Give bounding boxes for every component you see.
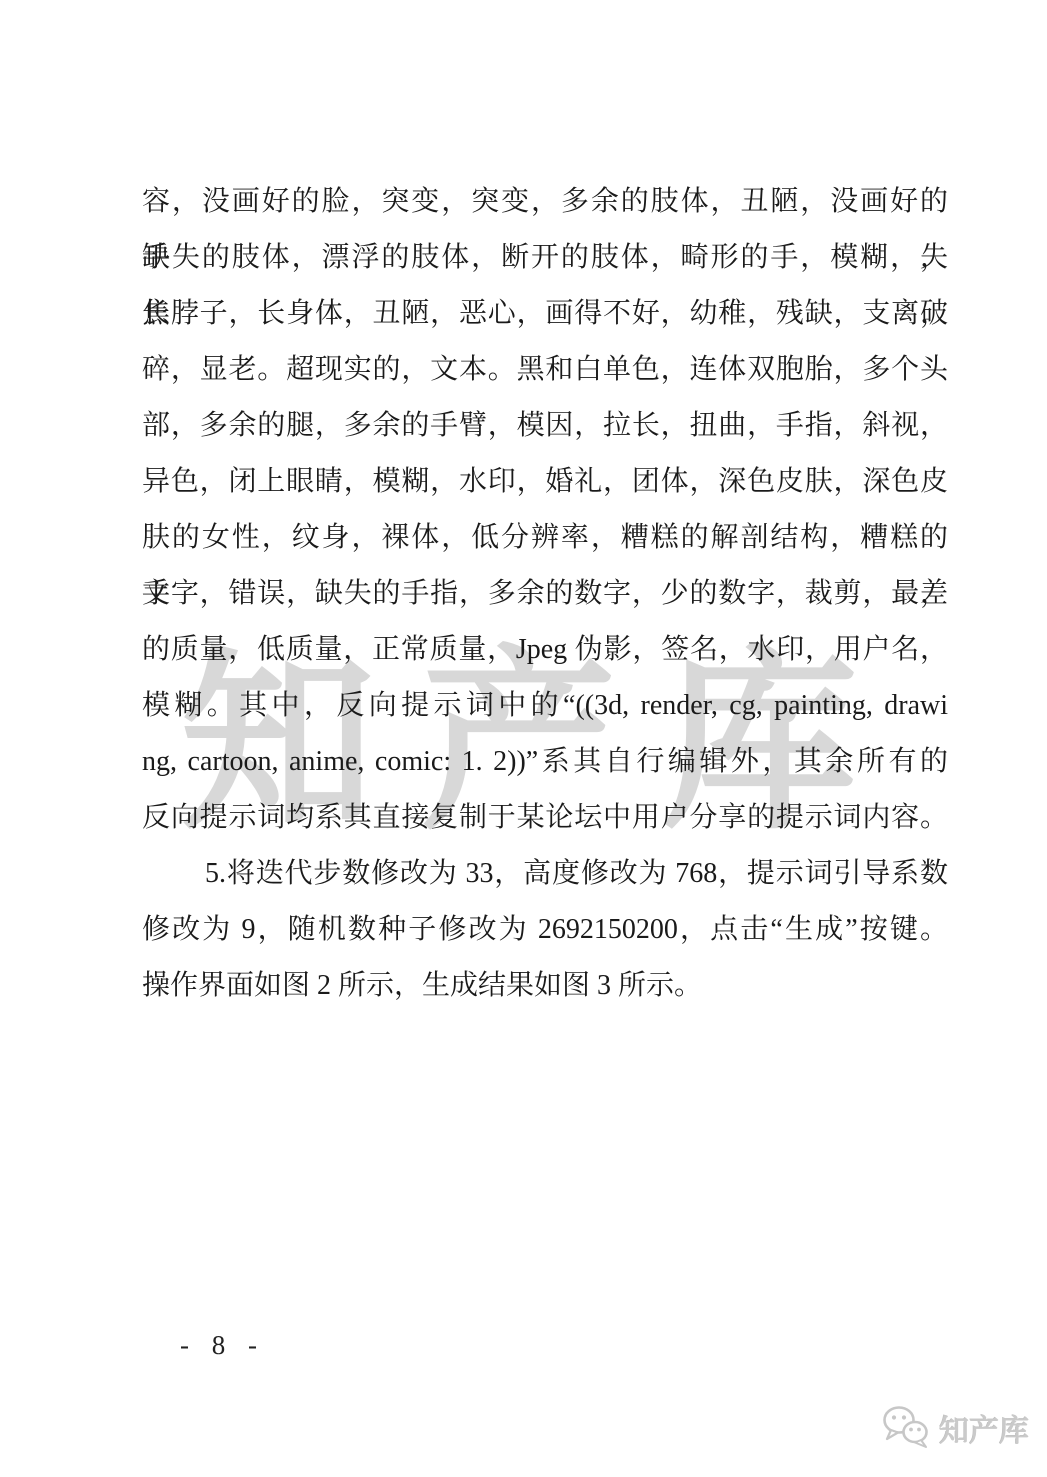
text-line: 修改为 9，随机数种子修改为 2692150200，点击“生成”按键。 [142, 902, 948, 958]
text-line: 碎，显老。超现实的，文本。黑和白单色，连体双胞胎，多个头 [142, 342, 948, 398]
text-line: 模糊。其中，反向提示词中的“((3d, render, cg, painting… [142, 678, 948, 734]
document-page: 知产库 容，没画好的脸，突变，突变，多余的肢体，丑陋，没画好的手， 缺失的肢体，… [0, 0, 1047, 1477]
text-line-paragraph-start: 5.将迭代步数修改为 33，高度修改为 768，提示词引导系数 [142, 846, 948, 902]
text-line: 长脖子，长身体，丑陋，恶心，画得不好，幼稚，残缺，支离破 [142, 286, 948, 342]
brand-name: 知产库 [939, 1406, 1029, 1450]
text-line: 肤的女性，纹身，裸体，低分辨率，糟糕的解剖结构，糟糕的手， [142, 510, 948, 566]
brand-logo: 知产库 [882, 1406, 1029, 1450]
text-line: 部，多余的腿，多余的手臂，模因，拉长，扭曲，手指，斜视， [142, 398, 948, 454]
text-line: 容，没画好的脸，突变，突变，多余的肢体，丑陋，没画好的手， [142, 174, 948, 230]
text-line: 文字，错误，缺失的手指，多余的数字，少的数字，裁剪，最差 [142, 566, 948, 622]
text-line: 缺失的肢体，漂浮的肢体，断开的肢体，畸形的手，模糊，失焦， [142, 230, 948, 286]
text-line: 的质量，低质量，正常质量，Jpeg 伪影，签名，水印，用户名， [142, 622, 948, 678]
body-text-block: 容，没画好的脸，突变，突变，多余的肢体，丑陋，没画好的手， 缺失的肢体，漂浮的肢… [142, 174, 948, 1014]
page-number: - 8 - [180, 1330, 265, 1361]
text-line: 操作界面如图 2 所示，生成结果如图 3 所示。 [142, 958, 948, 1014]
text-line: 异色，闭上眼睛，模糊，水印，婚礼，团体，深色皮肤，深色皮 [142, 454, 948, 510]
text-line: 反向提示词均系其直接复制于某论坛中用户分享的提示词内容。 [142, 790, 948, 846]
text-line: ng, cartoon, anime, comic: 1. 2))”系其自行编辑… [142, 734, 948, 790]
wechat-chat-bubbles-icon [882, 1406, 930, 1450]
